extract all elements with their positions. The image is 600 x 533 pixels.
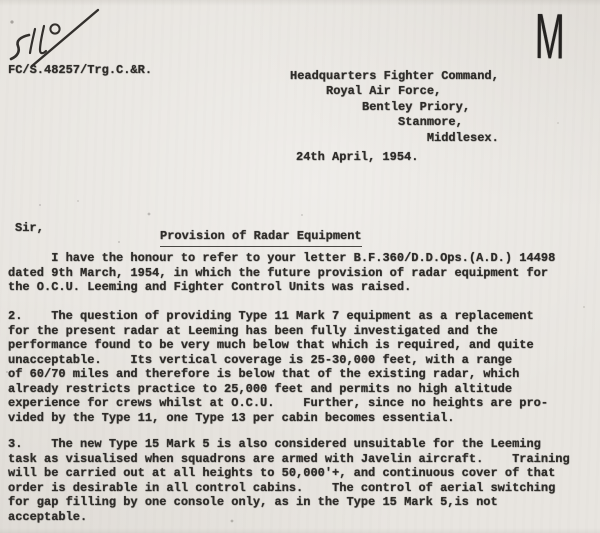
letter-date: 24th April, 1954. (296, 150, 418, 165)
scan-speckles (0, 0, 2, 2)
salutation: Sir, (15, 221, 44, 236)
paragraph-1: I have the honour to refer to your lette… (8, 251, 555, 295)
handwritten-m-mark: M (535, 6, 565, 66)
paragraph-3: 3. The new Type 15 Mark 5 is also consid… (8, 437, 570, 524)
subject-heading: Provision of Radar Equipment (160, 229, 362, 247)
sender-address: Headquarters Fighter Command, Royal Air … (290, 69, 499, 146)
reference-number: FC/S.48257/Trg.C.&R. (8, 63, 152, 78)
paragraph-2: 2. The question of providing Type 11 Mar… (8, 309, 548, 425)
scanned-letter-page: M FC/S.48257/Trg.C.&R. Headquarters Figh… (0, 0, 600, 533)
